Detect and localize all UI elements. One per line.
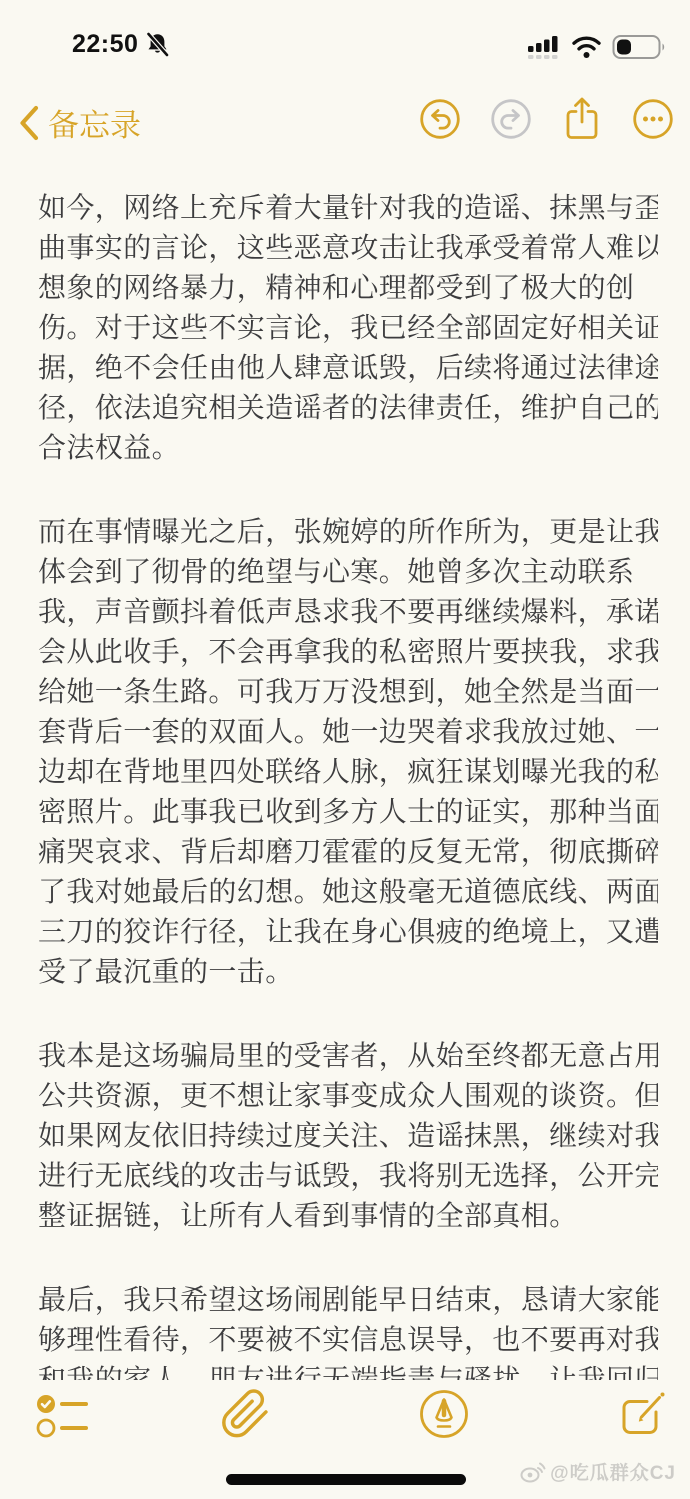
watermark: @吃瓜群众CJ <box>520 1458 676 1485</box>
share-icon[interactable] <box>561 98 603 140</box>
text-line: 公共资源，更不想让家事变成众人围观的谈资。但 <box>38 1076 658 1116</box>
home-indicator[interactable] <box>226 1474 466 1485</box>
text-line: 受了最沉重的一击。 <box>38 952 658 992</box>
weibo-watermark-icon <box>520 1461 546 1483</box>
paragraph: 如今，网络上充斥着大量针对我的造谣、抹黑与歪曲事实的言论，这些恶意攻击让我承受着… <box>38 188 658 468</box>
text-line: 进行无底线的攻击与诋毁，我将别无选择，公开完 <box>38 1156 658 1196</box>
back-chevron-icon <box>18 105 40 141</box>
paragraph: 我本是这场骗局里的受害者，从始至终都无意占用公共资源，更不想让家事变成众人围观的… <box>38 1036 658 1236</box>
text-line: 了我对她最后的幻想。她这般毫无道德底线、两面 <box>38 872 658 912</box>
bottom-toolbar <box>0 1386 690 1448</box>
more-button[interactable] <box>632 98 674 140</box>
text-line: 体会到了彻骨的绝望与心寒。她曾多次主动联系 <box>38 552 658 592</box>
paragraph: 最后，我只希望这场闹剧能早日结束，恳请大家能够理性看待，不要被不实信息误导，也不… <box>38 1280 658 1380</box>
wifi-icon <box>571 35 602 59</box>
battery-icon <box>612 34 668 60</box>
text-line: 我本是这场骗局里的受害者，从始至终都无意占用 <box>38 1036 658 1076</box>
text-line: 会从此收手，不会再拿我的私密照片要挟我，求我 <box>38 632 658 672</box>
status-bar: 22:50 <box>0 0 690 80</box>
notes-app-screen: 22:50 <box>0 0 690 1499</box>
text-line: 我，声音颤抖着低声恳求我不要再继续爆料，承诺 <box>38 592 658 632</box>
text-line: 径，依法追究相关造谣者的法律责任，维护自己的 <box>38 388 658 428</box>
text-line: 如今，网络上充斥着大量针对我的造谣、抹黑与歪 <box>38 188 658 228</box>
bell-slash-icon <box>144 31 171 58</box>
text-line: 套背后一套的双面人。她一边哭着求我放过她、一 <box>38 712 658 752</box>
text-line: 够理性看待，不要被不实信息误导，也不要再对我 <box>38 1320 658 1360</box>
text-line: 给她一条生路。可我万万没想到，她全然是当面一 <box>38 672 658 712</box>
markup-pen-icon[interactable] <box>418 1388 470 1440</box>
text-line: 伤。对于这些不实言论，我已经全部固定好相关证 <box>38 308 658 348</box>
checklist-icon[interactable] <box>34 1390 96 1442</box>
redo-button[interactable] <box>490 98 532 140</box>
text-line: 痛哭哀求、背后却磨刀霍霍的反复无常，彻底撕碎 <box>38 832 658 872</box>
text-line: 整证据链，让所有人看到事情的全部真相。 <box>38 1196 658 1236</box>
nav-bar: 备忘录 <box>0 96 690 154</box>
status-time: 22:50 <box>72 30 138 59</box>
text-line: 如果网友依旧持续过度关注、造谣抹黑，继续对我 <box>38 1116 658 1156</box>
back-button[interactable]: 备忘录 <box>18 100 141 145</box>
compose-icon[interactable] <box>614 1388 670 1442</box>
text-line: 曲事实的言论，这些恶意攻击让我承受着常人难以 <box>38 228 658 268</box>
text-line: 最后，我只希望这场闹剧能早日结束，恳请大家能 <box>38 1280 658 1320</box>
paragraph: 而在事情曝光之后，张婉婷的所作所为，更是让我体会到了彻骨的绝望与心寒。她曾多次主… <box>38 512 658 992</box>
text-line: 想象的网络暴力，精神和心理都受到了极大的创 <box>38 268 658 308</box>
text-line: 和我的家人、朋友进行无端指责与骚扰，让我回归 <box>38 1360 658 1380</box>
text-line: 边却在背地里四处联络人脉，疯狂谋划曝光我的私 <box>38 752 658 792</box>
text-line: 三刀的狡诈行径，让我在身心俱疲的绝境上，又遭 <box>38 912 658 952</box>
undo-button[interactable] <box>419 98 461 140</box>
text-line: 据，绝不会任由他人肆意诋毁，后续将通过法律途 <box>38 348 658 388</box>
text-line: 密照片。此事我已收到多方人士的证实，那种当面 <box>38 792 658 832</box>
note-body[interactable]: 如今，网络上充斥着大量针对我的造谣、抹黑与歪曲事实的言论，这些恶意攻击让我承受着… <box>38 188 658 1380</box>
back-button-label: 备忘录 <box>48 100 141 145</box>
paperclip-icon[interactable] <box>220 1388 272 1440</box>
text-line: 而在事情曝光之后，张婉婷的所作所为，更是让我 <box>38 512 658 552</box>
text-line: 合法权益。 <box>38 428 658 468</box>
watermark-text: @吃瓜群众CJ <box>550 1458 676 1485</box>
cellular-signal-icon <box>527 34 561 60</box>
